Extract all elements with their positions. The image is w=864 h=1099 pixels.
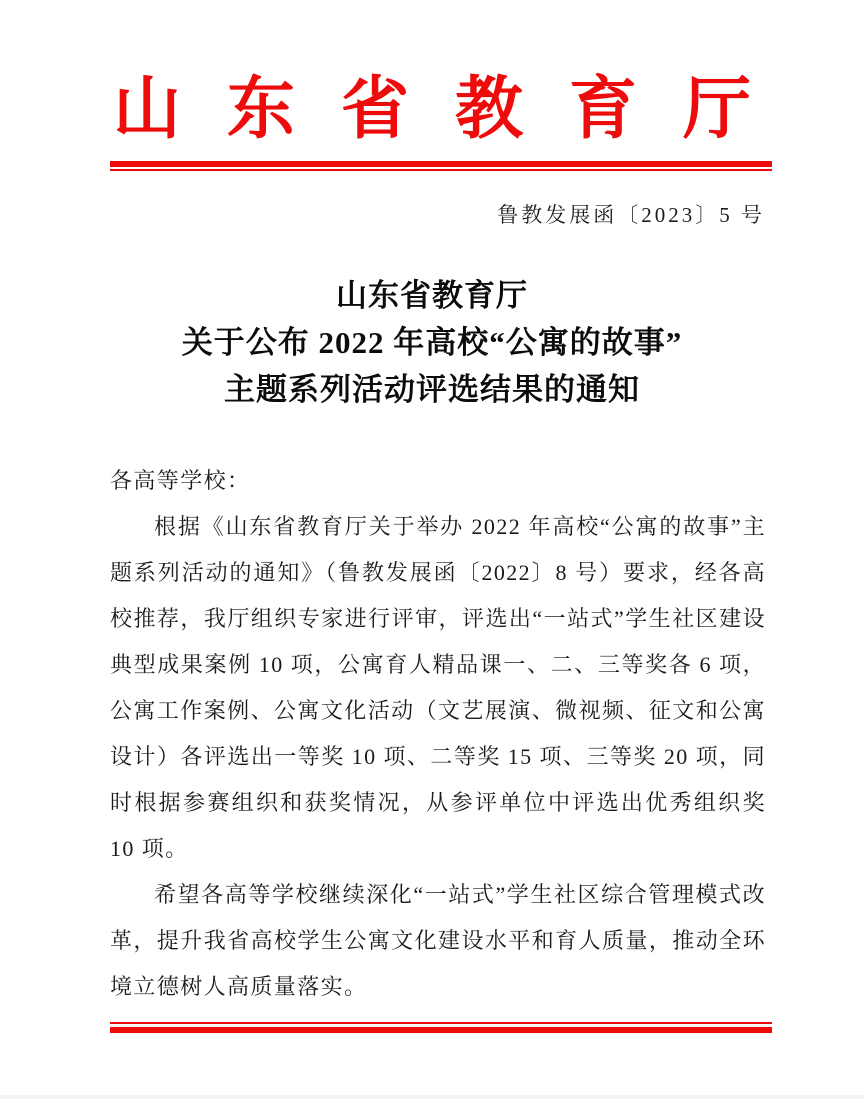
red-rule-thick bbox=[110, 1027, 772, 1033]
body-paragraph-2: 希望各高等学校继续深化“一站式”学生社区综合管理模式改革，提升我省高校学生公寓文… bbox=[110, 872, 766, 1010]
body-paragraph-1: 根据《山东省教育厅关于举办 2022 年高校“公寓的故事”主题系列活动的通知》（… bbox=[110, 504, 766, 872]
notice-title-line-1: 山东省教育厅 bbox=[0, 272, 864, 319]
page-bottom-edge bbox=[0, 1095, 864, 1099]
notice-title: 山东省教育厅 关于公布 2022 年高校“公寓的故事” 主题系列活动评选结果的通… bbox=[0, 272, 864, 413]
notice-title-line-3: 主题系列活动评选结果的通知 bbox=[0, 366, 864, 413]
document-page: 山东省教育厅 鲁教发展函〔2023〕5 号 山东省教育厅 关于公布 2022 年… bbox=[0, 0, 864, 1099]
notice-title-line-2: 关于公布 2022 年高校“公寓的故事” bbox=[0, 319, 864, 366]
red-divider-bottom bbox=[110, 1022, 772, 1033]
document-number: 鲁教发展函〔2023〕5 号 bbox=[497, 202, 765, 229]
agency-letterhead: 山东省教育厅 bbox=[0, 68, 864, 151]
red-rule-thin bbox=[110, 1022, 772, 1024]
red-divider-top bbox=[110, 161, 772, 171]
notice-body: 各高等学校： 根据《山东省教育厅关于举办 2022 年高校“公寓的故事”主题系列… bbox=[110, 458, 766, 1010]
red-rule-thin bbox=[110, 169, 772, 171]
red-rule-thick bbox=[110, 161, 772, 167]
salutation: 各高等学校： bbox=[110, 458, 766, 504]
